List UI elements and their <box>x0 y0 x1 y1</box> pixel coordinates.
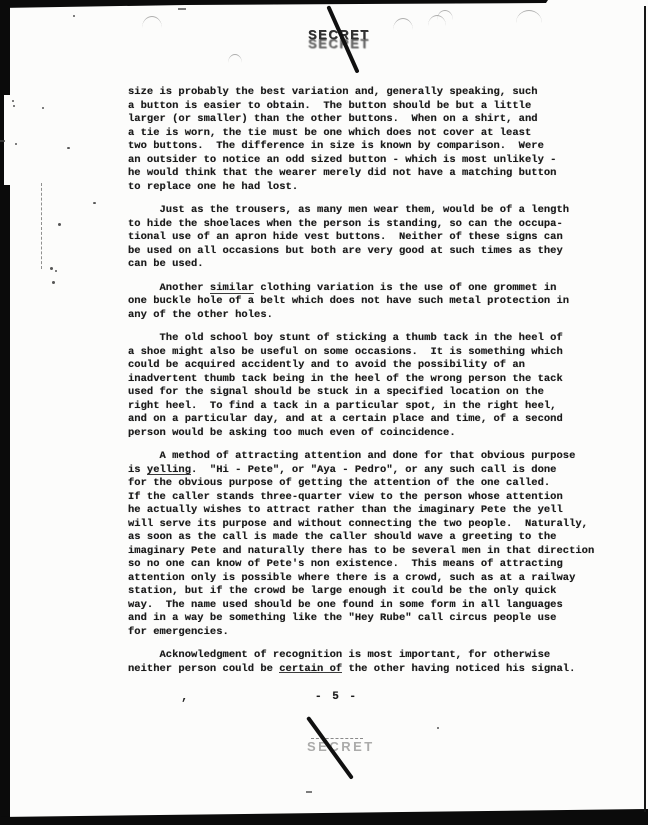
typed-line: Another similar clothing variation is th… <box>128 282 608 296</box>
typed-line: he would think that the wearer merely di… <box>128 167 608 181</box>
typed-line: one buckle hole of a belt which does not… <box>128 295 608 309</box>
underline-similar <box>210 293 254 294</box>
typed-line: he actually wishes to attract rather tha… <box>128 504 608 518</box>
page-body-text: size is probably the best variation and,… <box>128 86 608 686</box>
typed-line: inadvertent thumb tack being in the heel… <box>128 373 608 387</box>
paragraph: A method of attracting attention and don… <box>128 450 608 639</box>
typed-line: for emergencies. <box>128 626 608 640</box>
scan-edge-top <box>0 0 548 8</box>
typed-line: a shoe might also be useful on some occa… <box>128 346 608 360</box>
paragraph: size is probably the best variation and,… <box>128 86 608 194</box>
scanned-document-page: SECRET SECRET size is probably the best … <box>0 0 648 825</box>
typed-line: larger (or smaller) than the other butto… <box>128 113 608 127</box>
typed-line: station, but if the crowd be large enoug… <box>128 585 608 599</box>
typed-line: any of the other holes. <box>128 309 608 323</box>
typed-line: a button is easier to obtain. The button… <box>128 100 608 114</box>
typed-line: to hide the shoelaces when the person is… <box>128 218 608 232</box>
typed-line: a tie is worn, the tie must be one which… <box>128 127 608 141</box>
paragraph: The old school boy stunt of sticking a t… <box>128 332 608 440</box>
typed-line: will serve its purpose and without conne… <box>128 518 608 532</box>
typed-line: and on a particular day, and at a certai… <box>128 413 608 427</box>
typed-line: right heel. To find a tack in a particul… <box>128 400 608 414</box>
typed-line: an outsider to notice an odd sized butto… <box>128 154 608 168</box>
page-number: - 5 - <box>315 691 358 703</box>
typed-line: as soon as the call is made the caller s… <box>128 531 608 545</box>
typed-line: be used on all occasions but both are ve… <box>128 245 608 259</box>
typed-line: could be acquired accidently and to avoi… <box>128 359 608 373</box>
typed-line: used for the signal should be stuck in a… <box>128 386 608 400</box>
secret-stamp-bottom: SECRET <box>307 739 375 754</box>
typed-line: and in a way be something like the "Hey … <box>128 612 608 626</box>
typed-line: to replace one he had lost. <box>128 181 608 195</box>
typed-line: neither person could be certain of the o… <box>128 663 608 677</box>
typed-line: can be used. <box>128 258 608 272</box>
typed-line: The old school boy stunt of sticking a t… <box>128 332 608 346</box>
typed-line: person would be asking too much even of … <box>128 427 608 441</box>
typed-line: is yelling. "Hi - Pete", or "Aya - Pedro… <box>128 464 608 478</box>
underline-certain-of <box>279 672 342 673</box>
paragraph: Just as the trousers, as many men wear t… <box>128 204 608 272</box>
scan-edge-left <box>0 0 10 95</box>
typed-line: A method of attracting attention and don… <box>128 450 608 464</box>
typed-line: two buttons. The difference in size is k… <box>128 140 608 154</box>
paragraph: Acknowledgment of recognition is most im… <box>128 649 608 676</box>
scratch-line <box>41 183 42 269</box>
typed-line: attention only is possible where there i… <box>128 572 608 586</box>
typed-line: size is probably the best variation and,… <box>128 86 608 100</box>
typed-line: for the obvious purpose of getting the a… <box>128 477 608 491</box>
scan-edge-right <box>644 6 646 812</box>
secret-stamp-smear: SECRET <box>308 36 370 51</box>
paragraph: Another similar clothing variation is th… <box>128 282 608 323</box>
typed-line: tional use of an apron hide vest buttons… <box>128 231 608 245</box>
scan-edge-bottom <box>0 806 648 825</box>
typed-line: imaginary Pete and naturally there has t… <box>128 545 608 559</box>
typed-line: Just as the trousers, as many men wear t… <box>128 204 608 218</box>
typed-line: so no one can know of Pete's non existen… <box>128 558 608 572</box>
typed-line: Acknowledgment of recognition is most im… <box>128 649 608 663</box>
typed-line: If the caller stands three-quarter view … <box>128 491 608 505</box>
stray-comma-mark: , <box>181 690 188 704</box>
underline-yelling <box>147 474 191 475</box>
typed-line: way. The name used should be one found i… <box>128 599 608 613</box>
scan-edge-left <box>0 185 10 825</box>
